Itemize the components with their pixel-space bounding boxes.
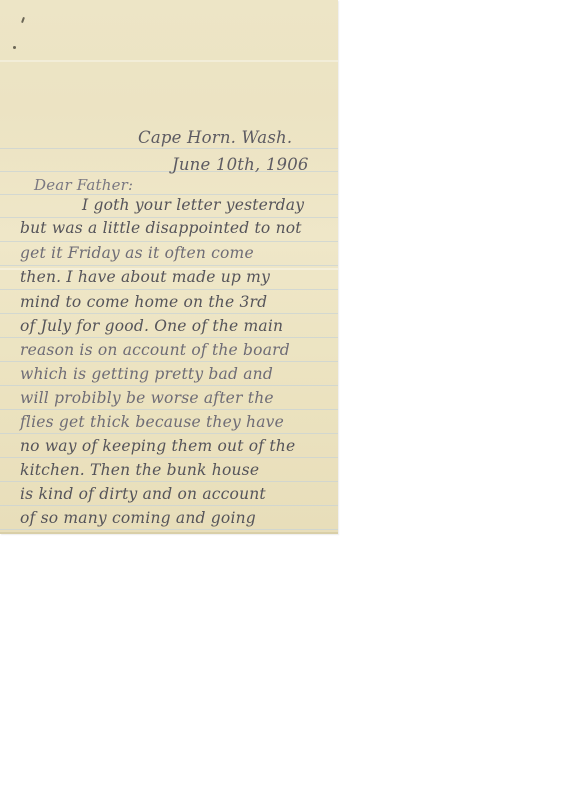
ruled-line <box>0 457 338 458</box>
ruled-line <box>0 194 338 195</box>
letter-line: reason is on account of the board <box>20 343 290 359</box>
ink-mark <box>21 17 25 23</box>
ruled-line <box>0 337 338 338</box>
letter-line: of July for good. One of the main <box>20 319 283 335</box>
letter-line: kitchen. Then the bunk house <box>20 463 259 479</box>
letter-salutation: Dear Father: <box>34 178 133 193</box>
letter-line: will probibly be worse after the <box>20 391 274 407</box>
ruled-line <box>0 481 338 482</box>
ruled-line <box>0 289 338 290</box>
ruled-line <box>0 313 338 314</box>
paper-crease <box>0 60 338 62</box>
ruled-line <box>0 385 338 386</box>
scanned-page: Cape Horn. Wash. June 10th, 1906 Dear Fa… <box>0 0 582 800</box>
ruled-line <box>0 217 338 218</box>
letter-line: but was a little disappointed to not <box>20 221 302 237</box>
letter-paper: Cape Horn. Wash. June 10th, 1906 Dear Fa… <box>0 0 338 534</box>
ruled-line <box>0 148 338 149</box>
letter-line: is kind of dirty and on account <box>20 487 266 503</box>
ruled-line <box>0 409 338 410</box>
ink-mark <box>13 46 16 49</box>
ruled-line <box>0 265 338 266</box>
letter-line: which is getting pretty bad and <box>20 367 273 383</box>
ruled-line <box>0 529 338 530</box>
ruled-line <box>0 361 338 362</box>
ruled-line <box>0 241 338 242</box>
letter-place: Cape Horn. Wash. <box>138 130 292 147</box>
ruled-line <box>0 433 338 434</box>
letter-line: get it Friday as it often come <box>20 246 254 262</box>
letter-line: of so many coming and going <box>20 511 256 527</box>
letter-line: then. I have about made up my <box>20 270 270 286</box>
letter-line: flies get thick because they have <box>20 415 284 431</box>
paper-bottom-edge <box>0 532 338 534</box>
letter-line: mind to come home on the 3rd <box>20 295 267 311</box>
letter-line: no way of keeping them out of the <box>20 439 295 455</box>
letter-line: I goth your letter yesterday <box>82 198 304 214</box>
letter-date: June 10th, 1906 <box>172 157 309 174</box>
ruled-line <box>0 505 338 506</box>
